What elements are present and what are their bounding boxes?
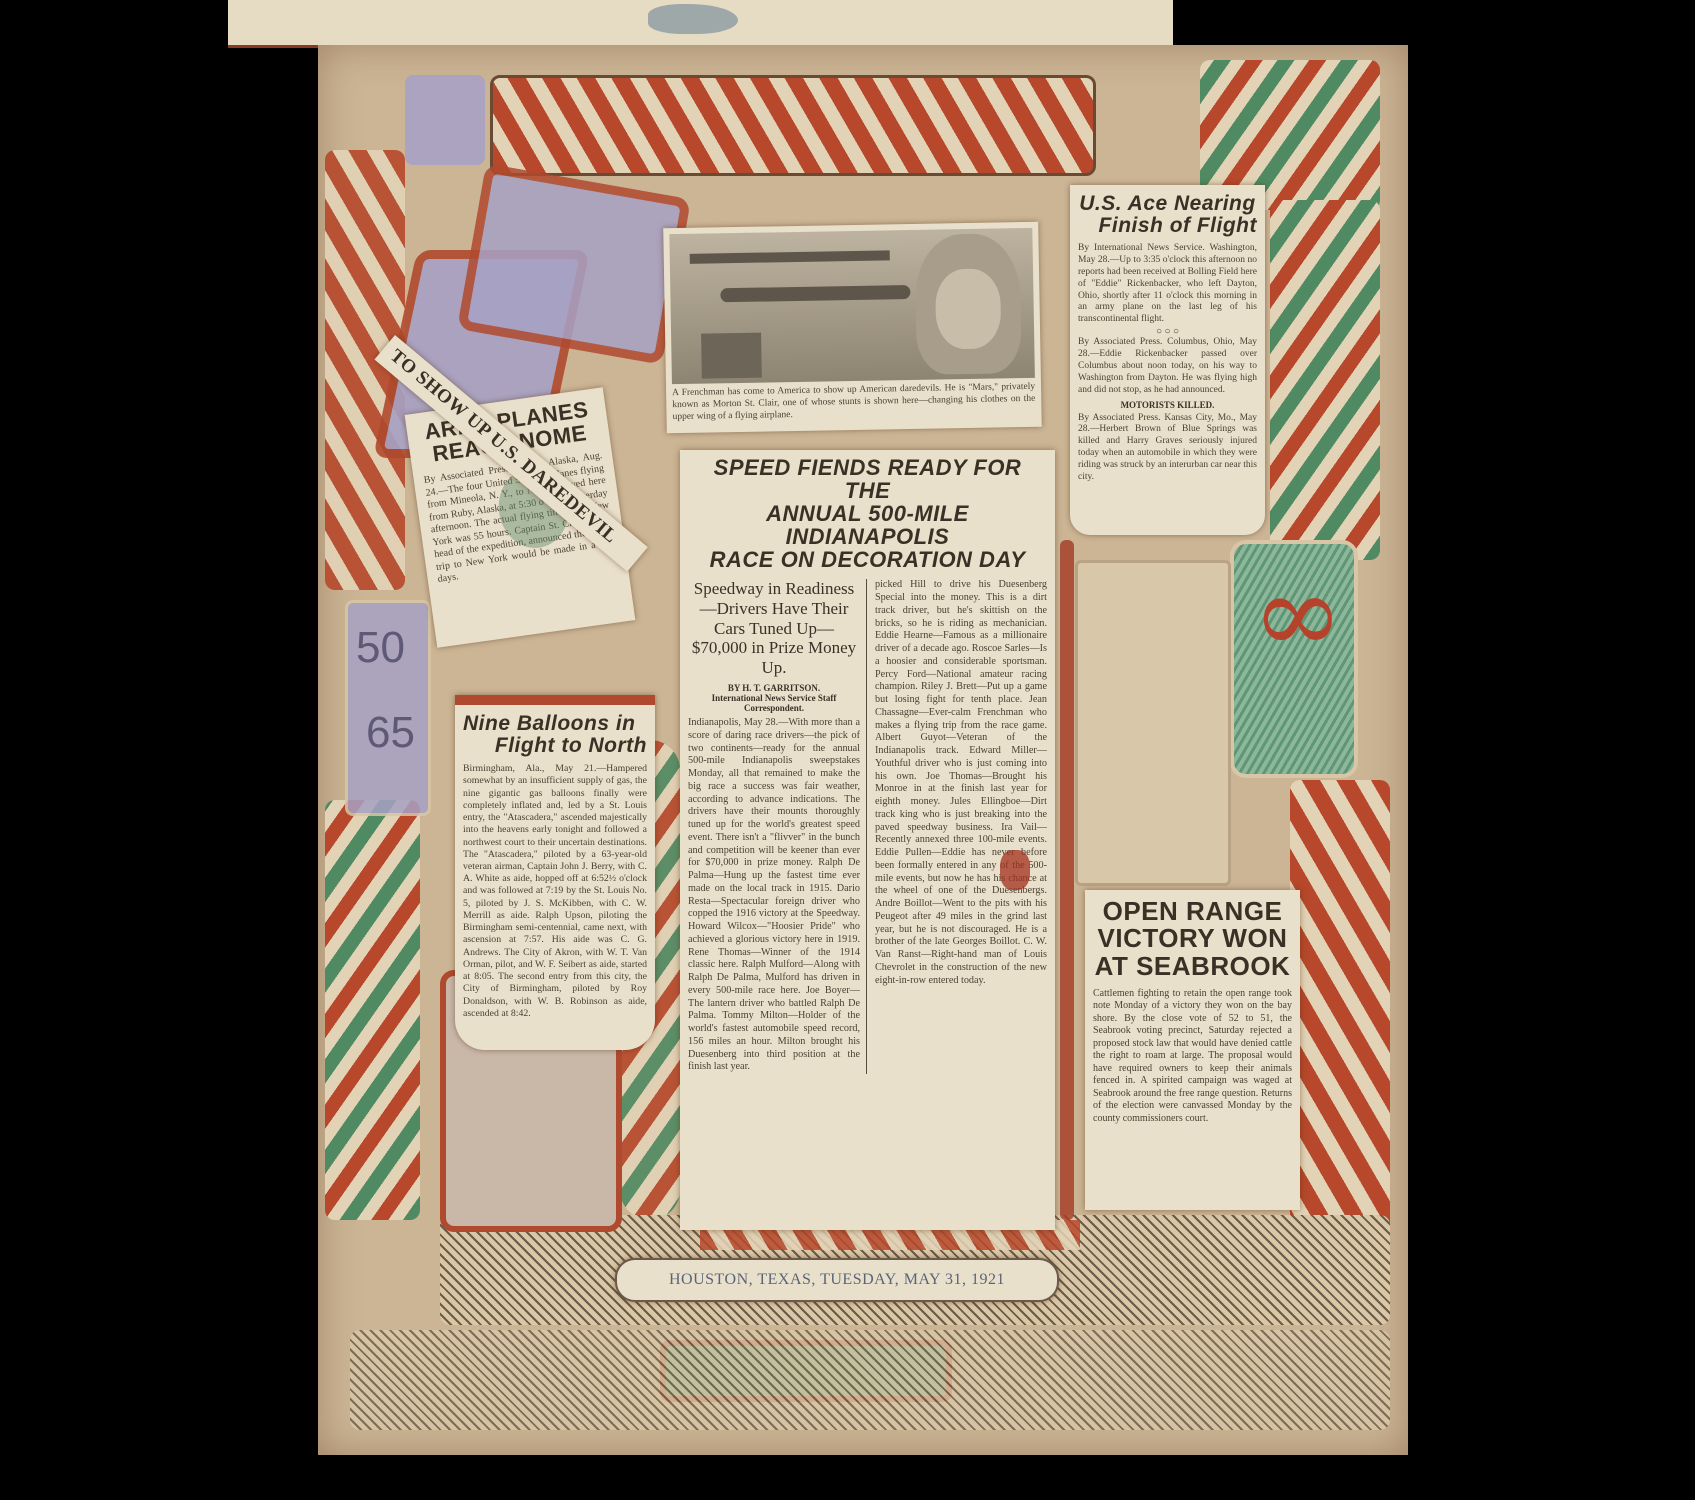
- open-range-headline-2: VICTORY WON: [1093, 925, 1292, 952]
- speed-fiends-column-2: picked Hill to drive his Duesenberg Spec…: [875, 579, 1047, 1074]
- nine-balloons-body: Birmingham, Ala., May 21.—Hampered somew…: [463, 763, 647, 1020]
- red-paint-vertical-stripe: [1060, 540, 1074, 1220]
- ribbon-symbol-icon: ∞: [1252, 569, 1344, 659]
- speed-fiends-byline: BY H. T. GARRITSON.: [688, 683, 860, 693]
- biplane-photo: [669, 228, 1035, 384]
- us-ace-headline-1: U.S. Ace Nearing: [1078, 193, 1257, 215]
- speed-fiends-column-1-text: Indianapolis, May 28.—With more than a s…: [688, 717, 860, 1074]
- red-paint-drip: [1000, 850, 1030, 890]
- lavender-upper-frame: [457, 163, 691, 365]
- pencil-number-50: 50: [356, 623, 405, 673]
- speed-fiends-deck: Speedway in Readiness—Drivers Have Their…: [688, 579, 860, 677]
- open-range-clipping: OPEN RANGE VICTORY WON AT SEABROOK Cattl…: [1085, 890, 1300, 1210]
- biplane-fuselage-icon: [720, 285, 910, 302]
- biplane-upper-wing-icon: [690, 250, 890, 263]
- speed-fiends-column-2-text: picked Hill to drive his Duesenberg Spec…: [875, 579, 1047, 987]
- open-range-body: Cattlemen fighting to retain the open ra…: [1093, 988, 1292, 1126]
- us-ace-body-2: By Associated Press. Columbus, Ohio, May…: [1078, 337, 1257, 396]
- pencil-number-panel: 50 65: [345, 600, 431, 816]
- speed-fiends-headline-1: SPEED FIENDS READY FOR THE: [688, 456, 1047, 502]
- speed-fiends-column-1: Speedway in Readiness—Drivers Have Their…: [688, 579, 867, 1074]
- left-lower-striped-column: [325, 800, 420, 1220]
- us-ace-body-3: By Associated Press. Kansas City, Mo., M…: [1078, 413, 1257, 484]
- aviator-portrait: [914, 233, 1021, 375]
- speed-fiends-headline-2: ANNUAL 500-MILE INDIANAPOLIS: [688, 502, 1047, 548]
- hangar-building-icon: [701, 333, 762, 379]
- nine-balloons-clipping: Nine Balloons in Flight to North Birming…: [455, 695, 655, 1050]
- aviator-face: [935, 268, 1001, 349]
- green-ribbon-panel: ∞: [1230, 540, 1358, 778]
- dateline-banner: HOUSTON, TEXAS, TUESDAY, MAY 31, 1921: [615, 1258, 1059, 1302]
- us-ace-headline-2: Finish of Flight: [1078, 215, 1257, 237]
- nine-balloons-headline-1: Nine Balloons in: [463, 713, 647, 735]
- top-striped-border: [490, 75, 1096, 176]
- dateline-text: HOUSTON, TEXAS, TUESDAY, MAY 31, 1921: [669, 1271, 1005, 1289]
- open-range-headline-1: OPEN RANGE: [1093, 898, 1292, 925]
- photo-caption: A Frenchman has come to America to show …: [672, 382, 1036, 424]
- top-torn-newspaper-strip: [228, 0, 1173, 48]
- right-upper-striped-column: [1270, 200, 1380, 560]
- us-ace-subhead: MOTORISTS KILLED.: [1078, 400, 1257, 410]
- biplane-photo-clipping: A Frenchman has come to America to show …: [663, 222, 1042, 434]
- right-beige-panel: [1075, 560, 1231, 886]
- us-ace-clipping: U.S. Ace Nearing Finish of Flight By Int…: [1070, 185, 1265, 535]
- top-left-lavender-panel: [405, 75, 485, 165]
- blue-paint-stain: [648, 4, 738, 34]
- speed-fiends-headline-3: RACE ON DECORATION DAY: [688, 548, 1047, 571]
- us-ace-body-1: By International News Service. Washingto…: [1078, 243, 1257, 326]
- speed-fiends-byline-2: International News Service Staff Corresp…: [688, 693, 860, 713]
- open-range-headline-3: AT SEABROOK: [1093, 953, 1292, 980]
- speed-fiends-article: SPEED FIENDS READY FOR THE ANNUAL 500-MI…: [680, 450, 1055, 1230]
- bottom-lower-hatched-band: [350, 1330, 1390, 1430]
- us-ace-separator: ○ ○ ○: [1078, 326, 1257, 337]
- pencil-number-65: 65: [366, 708, 415, 758]
- nine-balloons-headline-2: Flight to North: [463, 735, 647, 757]
